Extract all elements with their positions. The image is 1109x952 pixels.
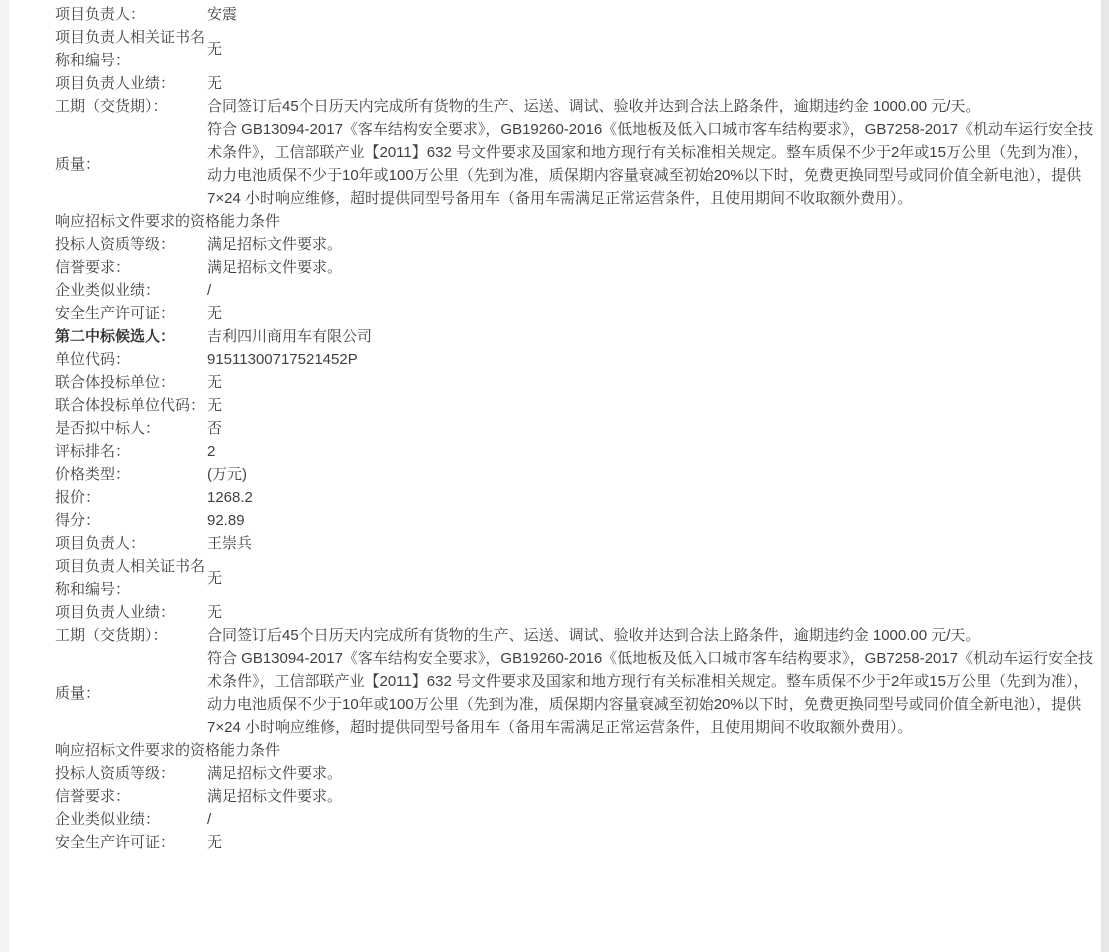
field-row: 信誉要求：满足招标文件要求。: [55, 256, 1097, 279]
field-label: 单位代码：: [55, 348, 207, 371]
field-label: 价格类型：: [55, 463, 207, 486]
field-row: 是否拟中标人：否: [55, 417, 1097, 440]
field-value: 无: [207, 555, 1097, 601]
field-label: 信誉要求：: [55, 256, 207, 279]
field-value: 无: [207, 394, 1097, 417]
field-row: 企业类似业绩：/: [55, 279, 1097, 302]
field-row: 第二中标候选人：吉利四川商用车有限公司: [55, 325, 1097, 348]
field-label: 评标排名：: [55, 440, 207, 463]
field-value: 合同签订后45个日历天内完成所有货物的生产、运送、调试、验收并达到合法上路条件，…: [207, 95, 1097, 118]
field-label: 得分：: [55, 509, 207, 532]
field-row: 联合体投标单位代码：无: [55, 394, 1097, 417]
section-header: 响应招标文件要求的资格能力条件: [55, 739, 1097, 762]
field-row: 质量：符合 GB13094-2017《客车结构安全要求》，GB19260-201…: [55, 118, 1097, 210]
field-value: 满足招标文件要求。: [207, 762, 1097, 785]
field-label: 联合体投标单位：: [55, 371, 207, 394]
right-scrollbar-track[interactable]: [1101, 0, 1109, 952]
field-row: 项目负责人相关证书名称和编号：无: [55, 26, 1097, 72]
field-label: 工期（交货期）：: [55, 95, 207, 118]
field-value: 王崇兵: [207, 532, 1097, 555]
field-label: 项目负责人：: [55, 532, 207, 555]
field-label: 安全生产许可证：: [55, 302, 207, 325]
field-value: 吉利四川商用车有限公司: [207, 325, 1097, 348]
field-row: 项目负责人：王崇兵: [55, 532, 1097, 555]
field-row: 评标排名：2: [55, 440, 1097, 463]
field-value: 92.89: [207, 509, 1097, 532]
field-row: 项目负责人：安震: [55, 3, 1097, 26]
field-value: 满足招标文件要求。: [207, 256, 1097, 279]
field-value: 否: [207, 417, 1097, 440]
field-value: 符合 GB13094-2017《客车结构安全要求》，GB19260-2016《低…: [207, 647, 1097, 739]
section-header: 响应招标文件要求的资格能力条件: [55, 210, 1097, 233]
field-label: 安全生产许可证：: [55, 831, 207, 854]
page-viewport: 项目负责人：安震项目负责人相关证书名称和编号：无项目负责人业绩：无工期（交货期）…: [0, 0, 1109, 952]
field-row: 联合体投标单位：无: [55, 371, 1097, 394]
field-label: 工期（交货期）：: [55, 624, 207, 647]
field-value: 无: [207, 601, 1097, 624]
left-gutter: [0, 0, 8, 952]
field-value: (万元): [207, 463, 1097, 486]
field-value: 无: [207, 72, 1097, 95]
field-label: 项目负责人相关证书名称和编号：: [55, 26, 207, 72]
field-label: 联合体投标单位代码：: [55, 394, 207, 417]
field-value: 无: [207, 831, 1097, 854]
field-label: 企业类似业绩：: [55, 808, 207, 831]
field-row: 质量：符合 GB13094-2017《客车结构安全要求》，GB19260-201…: [55, 647, 1097, 739]
field-label: 项目负责人业绩：: [55, 601, 207, 624]
field-label: 信誉要求：: [55, 785, 207, 808]
field-value: 满足招标文件要求。: [207, 233, 1097, 256]
field-row: 价格类型：(万元): [55, 463, 1097, 486]
field-label: 第二中标候选人：: [55, 325, 207, 348]
field-label: 企业类似业绩：: [55, 279, 207, 302]
field-label: 项目负责人相关证书名称和编号：: [55, 555, 207, 601]
field-label: 是否拟中标人：: [55, 417, 207, 440]
field-label: 项目负责人业绩：: [55, 72, 207, 95]
field-row: 报价：1268.2: [55, 486, 1097, 509]
field-label: 投标人资质等级：: [55, 762, 207, 785]
field-row: 信誉要求：满足招标文件要求。: [55, 785, 1097, 808]
field-value: 1268.2: [207, 486, 1097, 509]
field-value: 2: [207, 440, 1097, 463]
field-label: 质量：: [55, 647, 207, 739]
field-value: 符合 GB13094-2017《客车结构安全要求》，GB19260-2016《低…: [207, 118, 1097, 210]
field-row: 投标人资质等级：满足招标文件要求。: [55, 762, 1097, 785]
field-row: 企业类似业绩：/: [55, 808, 1097, 831]
field-row: 工期（交货期）：合同签订后45个日历天内完成所有货物的生产、运送、调试、验收并达…: [55, 95, 1097, 118]
section-header-row: 响应招标文件要求的资格能力条件: [55, 739, 1097, 762]
field-label: 投标人资质等级：: [55, 233, 207, 256]
field-row: 得分：92.89: [55, 509, 1097, 532]
field-row: 项目负责人业绩：无: [55, 601, 1097, 624]
field-rows: 项目负责人：安震项目负责人相关证书名称和编号：无项目负责人业绩：无工期（交货期）…: [55, 3, 1097, 854]
field-value: 无: [207, 26, 1097, 72]
field-row: 安全生产许可证：无: [55, 831, 1097, 854]
field-label: 报价：: [55, 486, 207, 509]
field-value: 91511300717521452P: [207, 348, 1097, 371]
field-value: /: [207, 808, 1097, 831]
field-row: 工期（交货期）：合同签订后45个日历天内完成所有货物的生产、运送、调试、验收并达…: [55, 624, 1097, 647]
field-label: 项目负责人：: [55, 3, 207, 26]
field-label: 质量：: [55, 118, 207, 210]
bid-announcement-document: 项目负责人：安震项目负责人相关证书名称和编号：无项目负责人业绩：无工期（交货期）…: [8, 0, 1102, 952]
bid-candidate-fields-table: 项目负责人：安震项目负责人相关证书名称和编号：无项目负责人业绩：无工期（交货期）…: [55, 3, 1097, 854]
field-value: 无: [207, 302, 1097, 325]
section-header-row: 响应招标文件要求的资格能力条件: [55, 210, 1097, 233]
field-row: 项目负责人相关证书名称和编号：无: [55, 555, 1097, 601]
field-row: 投标人资质等级：满足招标文件要求。: [55, 233, 1097, 256]
field-value: 安震: [207, 3, 1097, 26]
field-row: 单位代码：91511300717521452P: [55, 348, 1097, 371]
field-value: 合同签订后45个日历天内完成所有货物的生产、运送、调试、验收并达到合法上路条件，…: [207, 624, 1097, 647]
field-value: 满足招标文件要求。: [207, 785, 1097, 808]
field-value: 无: [207, 371, 1097, 394]
field-row: 项目负责人业绩：无: [55, 72, 1097, 95]
field-row: 安全生产许可证：无: [55, 302, 1097, 325]
field-value: /: [207, 279, 1097, 302]
